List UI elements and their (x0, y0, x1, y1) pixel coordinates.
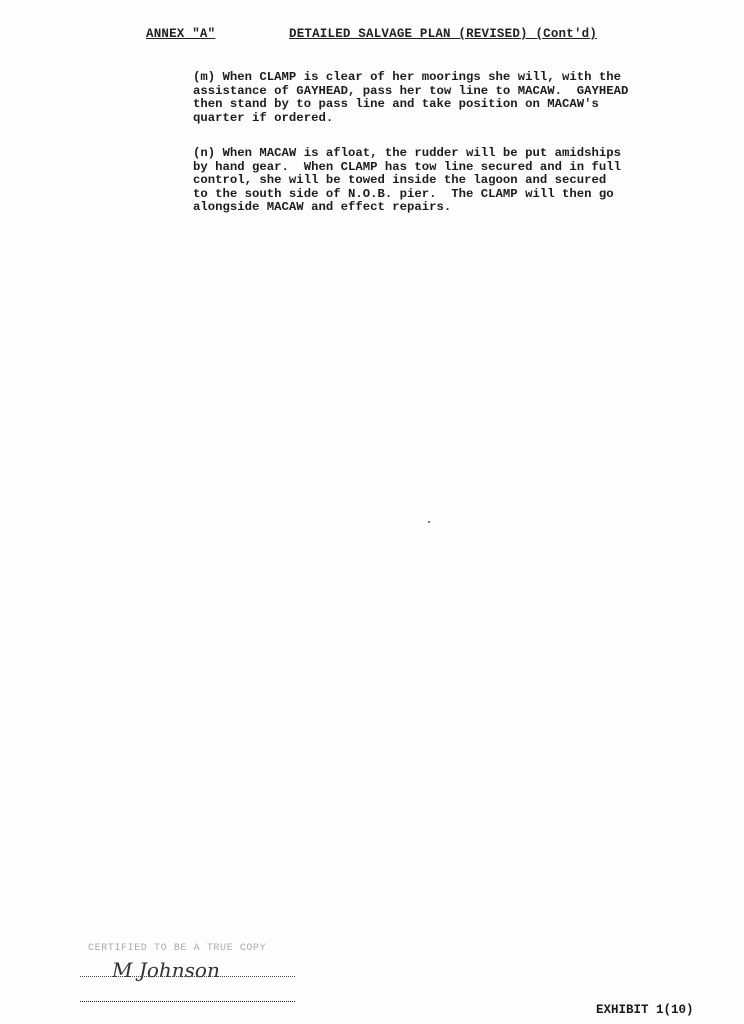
document-title: DETAILED SALVAGE PLAN (REVISED) (Cont'd) (289, 27, 597, 41)
paragraph-n: (n) When MACAW is afloat, the rudder wil… (193, 147, 733, 215)
paragraph-m: (m) When CLAMP is clear of her moorings … (193, 71, 733, 125)
signature: M Johnson (112, 958, 220, 982)
exhibit-number: EXHIBIT 1(10) (596, 1003, 694, 1017)
certification-stamp: CERTIFIED TO BE A TRUE COPY (88, 943, 266, 954)
annex-label: ANNEX "A" (146, 27, 215, 41)
stray-mark (428, 521, 430, 523)
signature-line (80, 976, 295, 977)
signature-line-lower (80, 1001, 295, 1002)
